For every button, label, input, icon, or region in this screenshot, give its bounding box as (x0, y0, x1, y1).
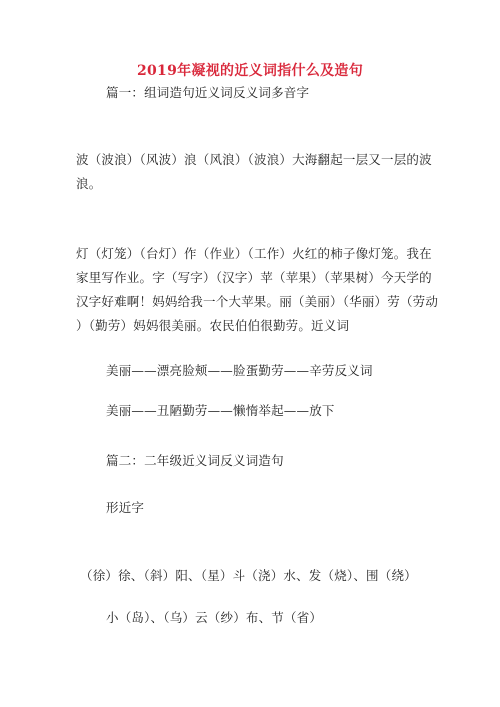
document-page: 2019年凝视的近义词指什么及造句 篇一：组词造句近义词反义词多音字 波（波浪）… (0, 0, 500, 707)
subheading-similar-chars: 形近字 (106, 500, 144, 516)
similar-chars-line-1: （徐）徐、（斜）阳、（星）斗（浇）水、发（烧）、围（绕） (80, 568, 417, 584)
antonyms-line: 美丽——丑陋勤劳——懒惰举起——放下 (106, 403, 335, 419)
paragraph-2-line-2: 家里写作业。字（写字）（汉字）苹（苹果）（苹果树）今天学的 (76, 270, 432, 286)
paragraph-2-line-3: 汉字好难啊！妈妈给我一个大苹果。丽（美丽）（华丽）劳（劳动 (76, 294, 438, 310)
synonyms-line: 美丽——漂亮脸颊——脸蛋勤劳——辛劳反义词 (106, 363, 373, 379)
paragraph-2-line-4: ）（勤劳）妈妈很美丽。农民伯伯很勤劳。近义词 (76, 318, 349, 334)
paragraph-2-line-1: 灯（灯笼）（台灯）作（作业）（工作）火红的柿子像灯笼。我在 (76, 246, 432, 262)
paragraph-1-line-2: 浪。 (76, 176, 101, 192)
paragraph-1-line-1: 波（波浪）（风波）浪（风浪）（波浪）大海翻起一层又一层的波 (76, 152, 432, 168)
document-title: 2019年凝视的近义词指什么及造句 (0, 62, 500, 80)
section-heading-2: 篇二：二年级近义词反义词造句 (106, 453, 284, 469)
section-heading-1: 篇一：组词造句近义词反义词多音字 (106, 85, 309, 101)
similar-chars-line-2: 小（岛）、（乌）云（纱）布、节（省） (106, 610, 322, 626)
